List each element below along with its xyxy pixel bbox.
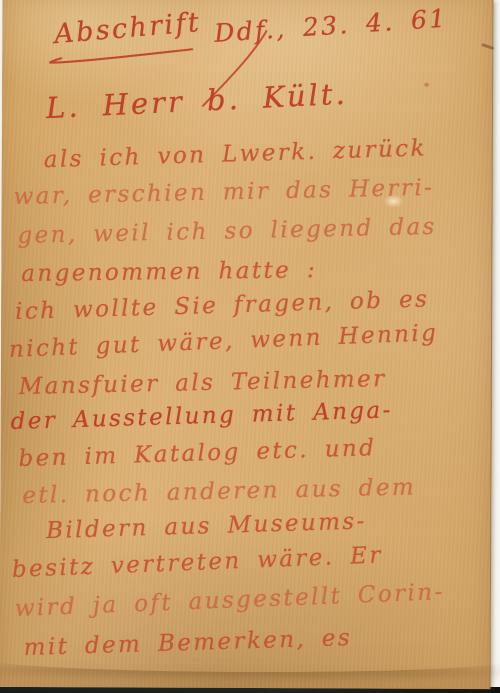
handwriting-line: angenommen hatte : xyxy=(21,257,317,287)
scanned-letter: Abschrift Ddf., 23. 4. 61 L. Herr b. Kül… xyxy=(0,0,500,693)
paper-sheet: Abschrift Ddf., 23. 4. 61 L. Herr b. Kül… xyxy=(0,0,494,689)
ink-speck xyxy=(424,83,429,87)
